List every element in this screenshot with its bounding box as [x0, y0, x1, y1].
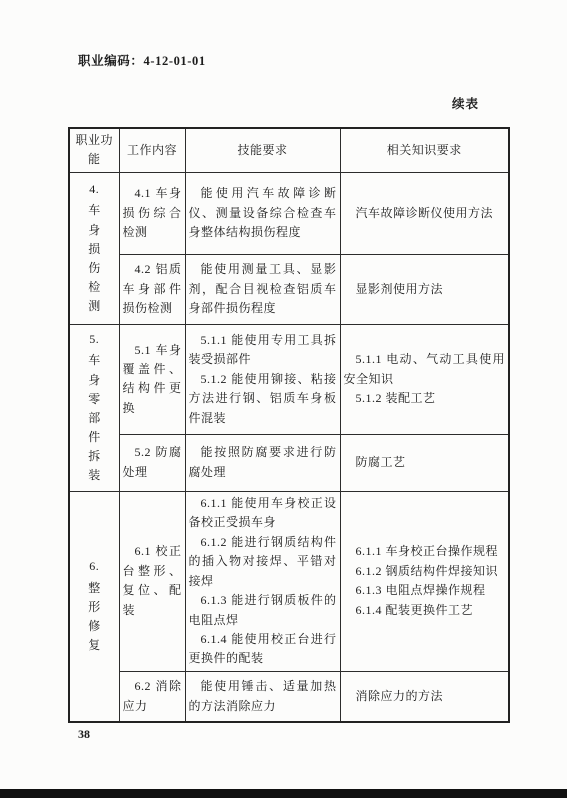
work-content-text: 4.2 铝质车身部件损伤检测 — [123, 260, 182, 318]
table-row: 4. 车身损伤检测 4.1 车身损伤综合检测 能使用汽车故障诊断仪、测量设备综合… — [69, 172, 509, 254]
knowledge-cell: 消除应力的方法 — [340, 671, 509, 722]
knowledge-item: 防腐工艺 — [344, 453, 506, 472]
work-content-cell: 6.2 消除应力 — [119, 671, 185, 722]
work-content-text: 5.1 车身覆盖件、结构件更换 — [123, 341, 182, 419]
skill-item: 6.1.2 能进行钢质结构件的插入物对接焊、平错对接焊 — [189, 533, 337, 591]
work-content-cell: 5.2 防腐处理 — [119, 434, 185, 491]
function-cell-6: 6. 整形修复 — [69, 491, 119, 722]
knowledge-cell: 防腐工艺 — [340, 434, 509, 491]
knowledge-item: 6.1.2 钢质结构件焊接知识 — [344, 562, 506, 581]
table-row: 5. 车身零部件拆装 5.1 车身覆盖件、结构件更换 5.1.1 能使用专用工具… — [69, 324, 509, 434]
skill-item: 5.1.2 能使用铆接、粘接方法进行钢、铝质车身板件混装 — [189, 370, 337, 428]
header-work-content: 工作内容 — [119, 128, 185, 172]
page-number: 38 — [78, 727, 90, 742]
skill-cell: 5.1.1 能使用专用工具拆装受损部件 5.1.2 能使用铆接、粘接方法进行钢、… — [185, 324, 340, 434]
knowledge-item: 6.1.1 车身校正台操作规程 — [344, 542, 506, 561]
work-content-cell: 4.2 铝质车身部件损伤检测 — [119, 254, 185, 324]
skill-requirements-table: 职业功能 工作内容 技能要求 相关知识要求 4. 车身损伤检测 4.1 车身损伤… — [68, 127, 510, 723]
work-content-text: 6.2 消除应力 — [123, 677, 182, 716]
table-header-row: 职业功能 工作内容 技能要求 相关知识要求 — [69, 128, 509, 172]
function-name-vertical: 车身零部件拆装 — [87, 351, 101, 485]
table-row: 6.2 消除应力 能使用锤击、适量加热的方法消除应力 消除应力的方法 — [69, 671, 509, 722]
skill-cell: 能使用测量工具、显影剂，配合目视检查铝质车身部件损伤程度 — [185, 254, 340, 324]
work-content-text: 6.1 校正台整形、复位、配装 — [123, 542, 182, 620]
knowledge-cell: 5.1.1 电动、气动工具使用安全知识 5.1.2 装配工艺 — [340, 324, 509, 434]
function-number: 5. — [73, 330, 116, 349]
skill-cell: 能使用汽车故障诊断仪、测量设备综合检查车身整体结构损伤程度 — [185, 172, 340, 254]
skill-item: 能使用锤击、适量加热的方法消除应力 — [189, 677, 337, 716]
knowledge-item: 汽车故障诊断仪使用方法 — [344, 204, 506, 223]
knowledge-cell: 显影剂使用方法 — [340, 254, 509, 324]
work-content-text: 4.1 车身损伤综合检测 — [123, 184, 182, 242]
table-row: 6. 整形修复 6.1 校正台整形、复位、配装 6.1.1 能使用车身校正设备校… — [69, 491, 509, 671]
header-knowledge-requirements: 相关知识要求 — [340, 128, 509, 172]
skill-item: 能使用汽车故障诊断仪、测量设备综合检查车身整体结构损伤程度 — [189, 184, 337, 242]
function-number: 6. — [73, 557, 116, 576]
function-cell-4: 4. 车身损伤检测 — [69, 172, 119, 324]
header-occupational-function: 职业功能 — [69, 128, 119, 172]
work-content-cell: 5.1 车身覆盖件、结构件更换 — [119, 324, 185, 434]
function-name-vertical: 整形修复 — [87, 579, 101, 656]
skill-item: 6.1.4 能使用校正台进行更换件的配装 — [189, 630, 337, 669]
occupation-code: 职业编码：4-12-01-01 — [78, 51, 206, 69]
knowledge-item: 5.1.1 电动、气动工具使用安全知识 — [344, 350, 506, 389]
skill-item: 能使用测量工具、显影剂，配合目视检查铝质车身部件损伤程度 — [189, 260, 337, 318]
skill-cell: 能使用锤击、适量加热的方法消除应力 — [185, 671, 340, 722]
knowledge-item: 显影剂使用方法 — [344, 280, 506, 299]
skill-item: 6.1.3 能进行钢质板件的电阻点焊 — [189, 591, 337, 630]
function-number: 4. — [73, 180, 116, 199]
work-content-cell: 6.1 校正台整形、复位、配装 — [119, 491, 185, 671]
knowledge-cell: 汽车故障诊断仪使用方法 — [340, 172, 509, 254]
header-skill-requirements: 技能要求 — [185, 128, 340, 172]
knowledge-cell: 6.1.1 车身校正台操作规程 6.1.2 钢质结构件焊接知识 6.1.3 电阻… — [340, 491, 509, 671]
continued-table-label: 续表 — [452, 94, 479, 112]
knowledge-item: 6.1.3 电阻点焊操作规程 — [344, 581, 506, 600]
skill-cell: 6.1.1 能使用车身校正设备校正受损车身 6.1.2 能进行钢质结构件的插入物… — [185, 491, 340, 671]
work-content-text: 5.2 防腐处理 — [123, 443, 182, 482]
function-cell-5: 5. 车身零部件拆装 — [69, 324, 119, 491]
knowledge-item: 消除应力的方法 — [344, 687, 506, 706]
table-row: 4.2 铝质车身部件损伤检测 能使用测量工具、显影剂，配合目视检查铝质车身部件损… — [69, 254, 509, 324]
skill-item: 5.1.1 能使用专用工具拆装受损部件 — [189, 331, 337, 370]
scanned-document-page: 职业编码：4-12-01-01 续表 职业功能 工作内容 技能要求 相关知识要求… — [0, 0, 567, 798]
knowledge-item: 6.1.4 配装更换件工艺 — [344, 601, 506, 620]
work-content-cell: 4.1 车身损伤综合检测 — [119, 172, 185, 254]
skill-item: 能按照防腐要求进行防腐处理 — [189, 443, 337, 482]
skill-cell: 能按照防腐要求进行防腐处理 — [185, 434, 340, 491]
table-row: 5.2 防腐处理 能按照防腐要求进行防腐处理 防腐工艺 — [69, 434, 509, 491]
knowledge-item: 5.1.2 装配工艺 — [344, 389, 506, 408]
function-name-vertical: 车身损伤检测 — [87, 201, 101, 316]
scan-edge-band — [0, 789, 567, 798]
skill-item: 6.1.1 能使用车身校正设备校正受损车身 — [189, 494, 337, 533]
